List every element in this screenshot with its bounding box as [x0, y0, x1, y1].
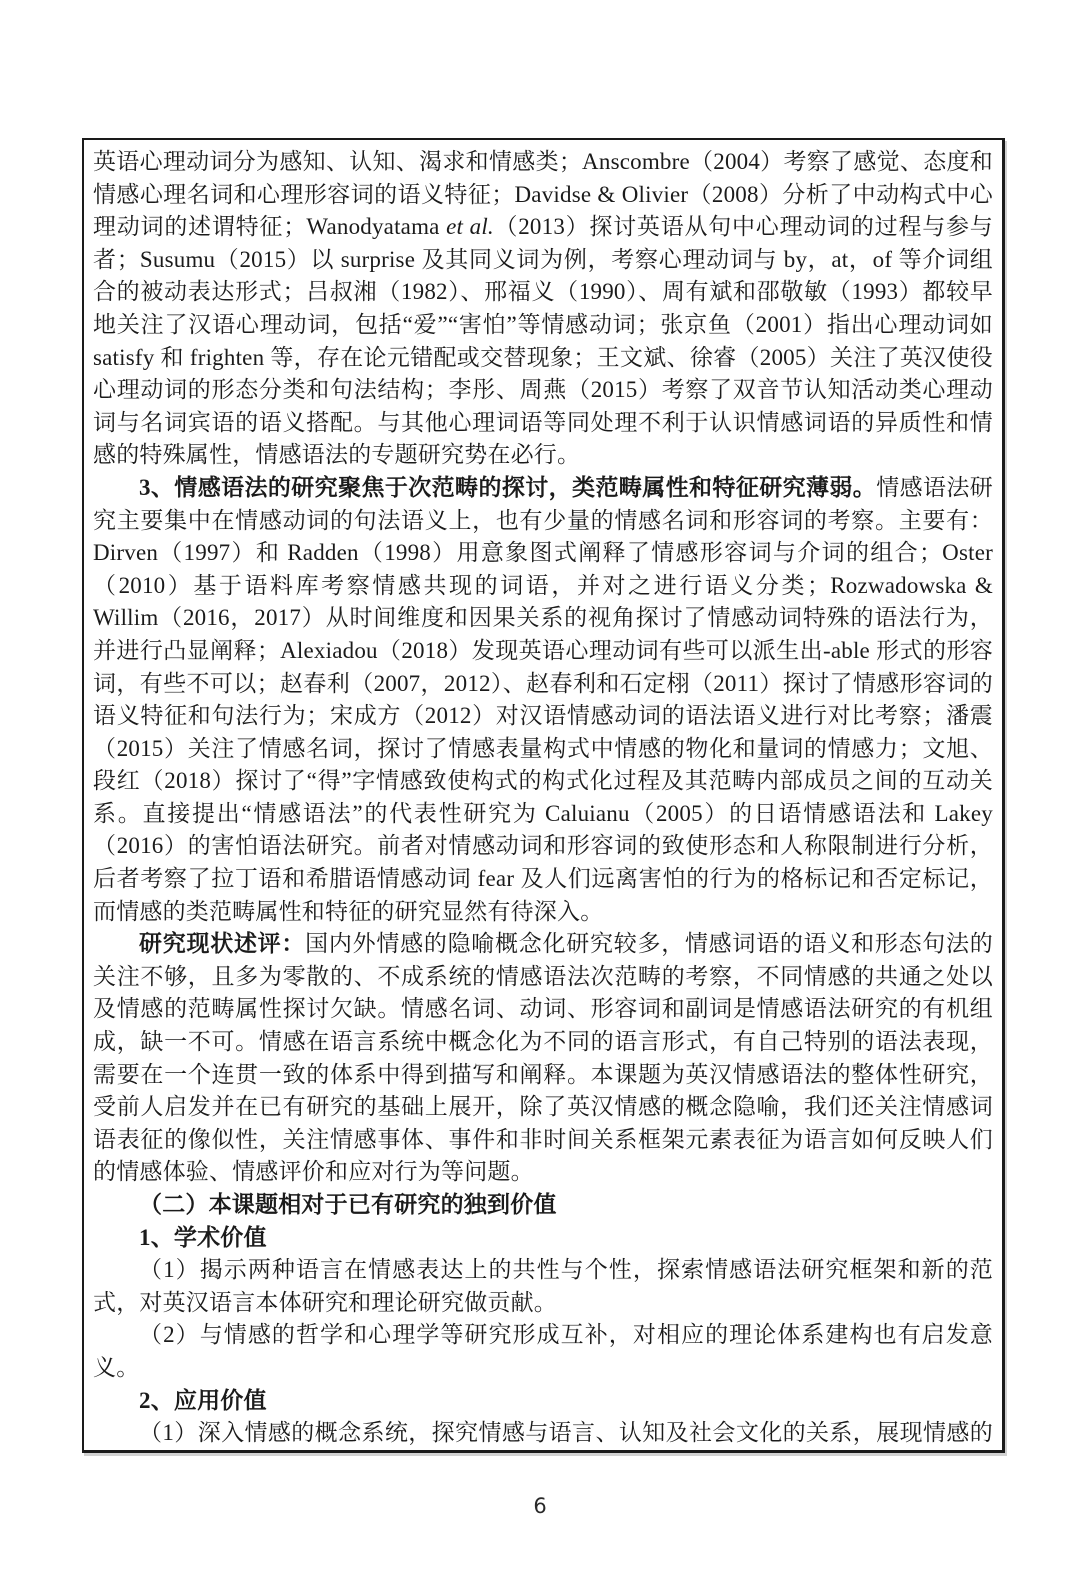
paragraph-psych-verb-literature: 英语心理动词分为感知、认知、渴求和情感类；Anscombre（2004）考察了感… [93, 146, 993, 472]
paragraph-applied-value-1: （1）深入情感的概念系统，探究情感与语言、认知及社会文化的关系，展现情感的本质、… [93, 1417, 993, 1453]
point3-body-text: 情感语法研究主要集中在情感动词的句法语义上，也有少量的情感名词和形容词的考察。主… [93, 475, 993, 924]
paragraph-academic-value-2: （2）与情感的哲学和心理学等研究形成互补，对相应的理论体系建构也有启发意义。 [93, 1319, 993, 1384]
paragraph-academic-value-1: （1）揭示两种语言在情感表达上的共性与个性，探索情感语法研究框架和新的范式，对英… [93, 1254, 993, 1319]
heading-section-two-unique-value: （二）本课题相对于已有研究的独到价值 [93, 1189, 993, 1222]
document-page: 英语心理动词分为感知、认知、渴求和情感类；Anscombre（2004）考察了感… [0, 0, 1080, 1572]
paragraph-research-status-review: 研究现状述评：国内外情感的隐喻概念化研究较多，情感词语的语义和形态句法的关注不够… [93, 928, 993, 1189]
paragraph-affective-grammar-point3: 3、情感语法的研究聚焦于次范畴的探讨，类范畴属性和特征研究薄弱。情感语法研究主要… [93, 472, 993, 928]
paragraph-psych-verb-literature-text-b: （2013）探讨英语从句中心理动词的过程与参与者；Susumu（2015）以 s… [93, 214, 993, 467]
point3-bold-lead: 3、情感语法的研究聚焦于次范畴的探讨，类范畴属性和特征研究薄弱。 [139, 475, 876, 500]
page-number: 6 [0, 1494, 1080, 1518]
research-status-bold-lead: 研究现状述评： [139, 931, 305, 956]
heading-applied-value: 2、应用价值 [93, 1385, 993, 1418]
form-cell-border: 英语心理动词分为感知、认知、渴求和情感类；Anscombre（2004）考察了感… [82, 138, 1005, 1453]
et-al-italic: et al. [446, 214, 494, 239]
heading-academic-value: 1、学术价值 [93, 1222, 993, 1255]
research-status-body-text: 国内外情感的隐喻概念化研究较多，情感词语的语义和形态句法的关注不够，且多为零散的… [93, 931, 993, 1184]
